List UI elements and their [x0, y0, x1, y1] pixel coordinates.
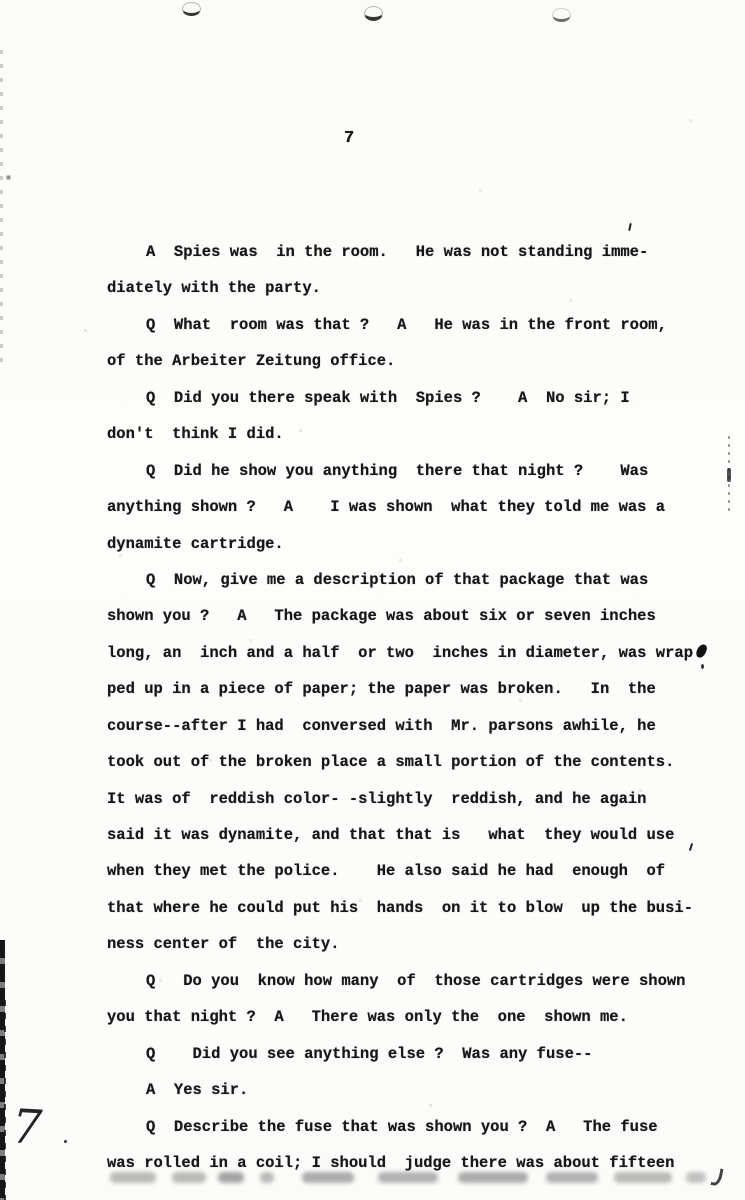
scan-edge-artifact-left [0, 50, 3, 370]
binder-mark-icon [182, 2, 201, 16]
transcript-line: when they met the police. He also said h… [107, 862, 693, 898]
transcript-line: dynamite cartridge. [107, 535, 693, 571]
illegible-smudged-line [110, 1170, 720, 1188]
transcript-line: A Spies was in the room. He was not stan… [107, 243, 693, 279]
scan-edge-artifact-right [727, 468, 731, 482]
transcript-line: that where he could put his hands on it … [107, 899, 693, 935]
transcript-line: Q What room was that ? A He was in the f… [107, 316, 693, 352]
transcript-body: A Spies was in the room. He was not stan… [107, 243, 693, 1190]
handwritten-page-number: 7 [11, 1099, 44, 1155]
stray-ink-mark [628, 223, 632, 231]
transcript-line: Q Describe the fuse that was shown you ?… [107, 1118, 693, 1154]
transcript-line: Q Did you see anything else ? Was any fu… [107, 1045, 693, 1081]
stray-ink-mark [64, 1140, 67, 1143]
scan-noise [0, 0, 1, 1]
transcript-line: ped up in a piece of paper; the paper wa… [107, 680, 693, 716]
scan-edge-artifact-left [4, 1000, 6, 1200]
binder-mark-icon [364, 6, 383, 21]
binder-mark-icon [552, 8, 571, 22]
page-number: 7 [344, 129, 354, 148]
stray-ink-mark [711, 1167, 724, 1186]
transcript-line: It was of reddish color- -slightly reddi… [107, 790, 693, 826]
transcript-line: said it was dynamite, and that that is w… [107, 826, 693, 862]
transcript-line: shown you ? A The package was about six … [107, 607, 693, 643]
transcript-line: Q Do you know how many of those cartridg… [107, 972, 693, 1008]
transcript-line: anything shown ? A I was shown what they… [107, 498, 693, 534]
transcript-line: long, an inch and a half or two inches i… [107, 644, 693, 680]
transcript-line: took out of the broken place a small por… [107, 753, 693, 789]
scanned-transcript-page: 7 A Spies was in the room. He was not st… [0, 0, 745, 1200]
transcript-line: Q Did you there speak with Spies ? A No … [107, 389, 693, 425]
transcript-line: diately with the party. [107, 279, 693, 315]
transcript-line: ness center of the city. [107, 935, 693, 971]
transcript-line: don't think I did. [107, 425, 693, 461]
transcript-line: of the Arbeiter Zeitung office. [107, 352, 693, 388]
transcript-line: course--after I had conversed with Mr. p… [107, 717, 693, 753]
transcript-line: A Yes sir. [107, 1081, 693, 1117]
ink-blot [701, 664, 704, 669]
transcript-line: Q Now, give me a description of that pac… [107, 571, 693, 607]
transcript-line: you that night ? A There was only the on… [107, 1008, 693, 1044]
transcript-line: Q Did he show you anything there that ni… [107, 462, 693, 498]
ink-blot [695, 643, 709, 659]
